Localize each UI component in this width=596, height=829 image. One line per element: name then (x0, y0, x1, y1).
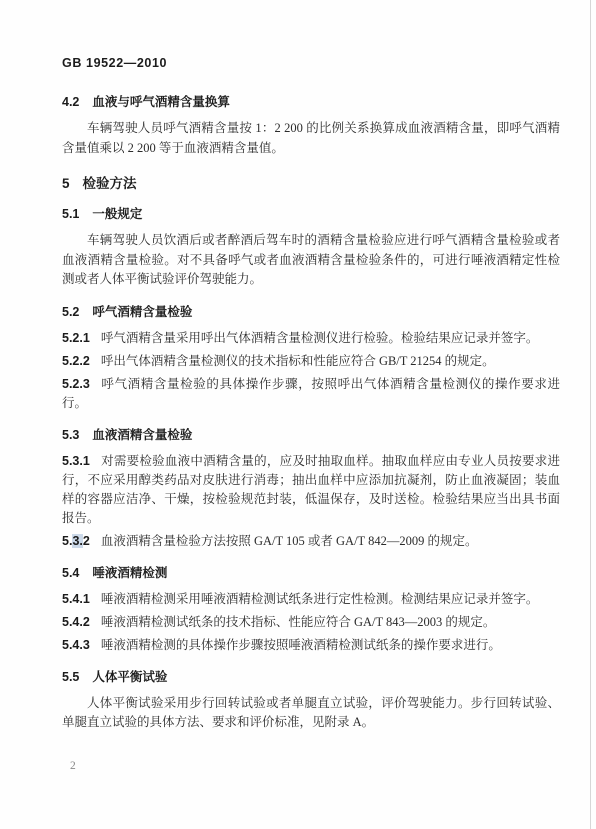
clause-5.2.3: 5.2.3呼气酒精含量检验的具体操作步骤，按照呼出气体酒精含量检测仪的操作要求进… (62, 375, 560, 413)
clause-number-highlight: 3. (72, 534, 82, 548)
section-heading-4.2: 4.2血液与呼气酒精含量换算 (62, 94, 560, 110)
clause-number: 5.3.2 (62, 534, 90, 548)
section-number: 5.5 (62, 670, 79, 684)
clause-number: 5.2.1 (62, 331, 90, 345)
section-title: 呼气酒精含量检验 (92, 305, 192, 319)
page-edge-line (590, 0, 591, 829)
section-heading-5: 5检验方法 (62, 176, 560, 192)
section-heading-5.2: 5.2呼气酒精含量检验 (62, 304, 560, 320)
clause-text: 对需要检验血液中酒精含量的，应及时抽取血样。抽取血样应由专业人员按要求进行，不应… (62, 454, 560, 525)
clause-number: 5.4.2 (62, 615, 90, 629)
section-number: 5.2 (62, 305, 79, 319)
clause-5.4.3: 5.4.3唾液酒精检测的具体操作步骤按照唾液酒精检测试纸条的操作要求进行。 (62, 636, 560, 655)
clause-text: 唾液酒精检测的具体操作步骤按照唾液酒精检测试纸条的操作要求进行。 (101, 638, 501, 652)
section-number: 5 (62, 176, 70, 191)
paragraph: 车辆驾驶人员饮酒后或者醉酒后驾车时的酒精含量检验应进行呼气酒精含量检验或者血液酒… (62, 231, 560, 290)
section-number: 4.2 (62, 95, 79, 109)
clause-text: 呼出气体酒精含量检测仪的技术指标和性能应符合 GB/T 21254 的规定。 (101, 354, 495, 368)
standard-number-header: GB 19522—2010 (62, 56, 560, 70)
section-number: 5.4 (62, 566, 79, 580)
clause-5.2.2: 5.2.2呼出气体酒精含量检测仪的技术指标和性能应符合 GB/T 21254 的… (62, 352, 560, 371)
section-title: 人体平衡试验 (92, 670, 167, 684)
clause-5.3.2: 5.3.2血液酒精含量检验方法按照 GA/T 105 或者 GA/T 842—2… (62, 532, 560, 551)
clause-number: 5.3.1 (62, 454, 90, 468)
clause-5.3.1: 5.3.1对需要检验血液中酒精含量的，应及时抽取血样。抽取血样应由专业人员按要求… (62, 452, 560, 528)
section-heading-5.1: 5.1一般规定 (62, 206, 560, 222)
section-title: 血液酒精含量检验 (92, 428, 192, 442)
scanned-document-page: GB 19522—2010 4.2血液与呼气酒精含量换算车辆驾驶人员呼气酒精含量… (0, 0, 596, 829)
section-heading-5.5: 5.5人体平衡试验 (62, 669, 560, 685)
clause-5.4.1: 5.4.1唾液酒精检测采用唾液酒精检测试纸条进行定性检测。检测结果应记录并签字。 (62, 590, 560, 609)
clause-number: 5.4.1 (62, 592, 90, 606)
section-title: 唾液酒精检测 (92, 566, 167, 580)
clause-text: 呼气酒精含量检验的具体操作步骤，按照呼出气体酒精含量检测仪的操作要求进行。 (62, 377, 560, 410)
section-title: 一般规定 (92, 207, 142, 221)
clause-text: 血液酒精含量检验方法按照 GA/T 105 或者 GA/T 842—2009 的… (101, 534, 478, 548)
page-number: 2 (70, 760, 76, 772)
section-heading-5.3: 5.3血液酒精含量检验 (62, 427, 560, 443)
clause-number-part: 2 (83, 534, 90, 548)
clause-text: 呼气酒精含量采用呼出气体酒精含量检测仪进行检验。检验结果应记录并签字。 (101, 331, 539, 345)
clause-text: 唾液酒精检测采用唾液酒精检测试纸条进行定性检测。检测结果应记录并签字。 (101, 592, 539, 606)
clause-number-part: 5. (62, 534, 72, 548)
section-title: 血液与呼气酒精含量换算 (92, 95, 230, 109)
clause-5.4.2: 5.4.2唾液酒精检测试纸条的技术指标、性能应符合 GA/T 843—2003 … (62, 613, 560, 632)
document-body: 4.2血液与呼气酒精含量换算车辆驾驶人员呼气酒精含量按 1：2 200 的比例关… (62, 94, 560, 733)
section-number: 5.1 (62, 207, 79, 221)
clause-text: 唾液酒精检测试纸条的技术指标、性能应符合 GA/T 843—2003 的规定。 (101, 615, 496, 629)
clause-5.2.1: 5.2.1呼气酒精含量采用呼出气体酒精含量检测仪进行检验。检验结果应记录并签字。 (62, 329, 560, 348)
document-content: GB 19522—2010 4.2血液与呼气酒精含量换算车辆驾驶人员呼气酒精含量… (62, 56, 560, 746)
clause-number: 5.4.3 (62, 638, 90, 652)
clause-number: 5.2.3 (62, 377, 90, 391)
section-heading-5.4: 5.4唾液酒精检测 (62, 565, 560, 581)
paragraph: 车辆驾驶人员呼气酒精含量按 1：2 200 的比例关系换算成血液酒精含量，即呼气… (62, 119, 560, 158)
clause-number: 5.2.2 (62, 354, 90, 368)
section-number: 5.3 (62, 428, 79, 442)
section-title: 检验方法 (83, 176, 137, 191)
paragraph: 人体平衡试验采用步行回转试验或者单腿直立试验，评价驾驶能力。步行回转试验、单腿直… (62, 694, 560, 733)
